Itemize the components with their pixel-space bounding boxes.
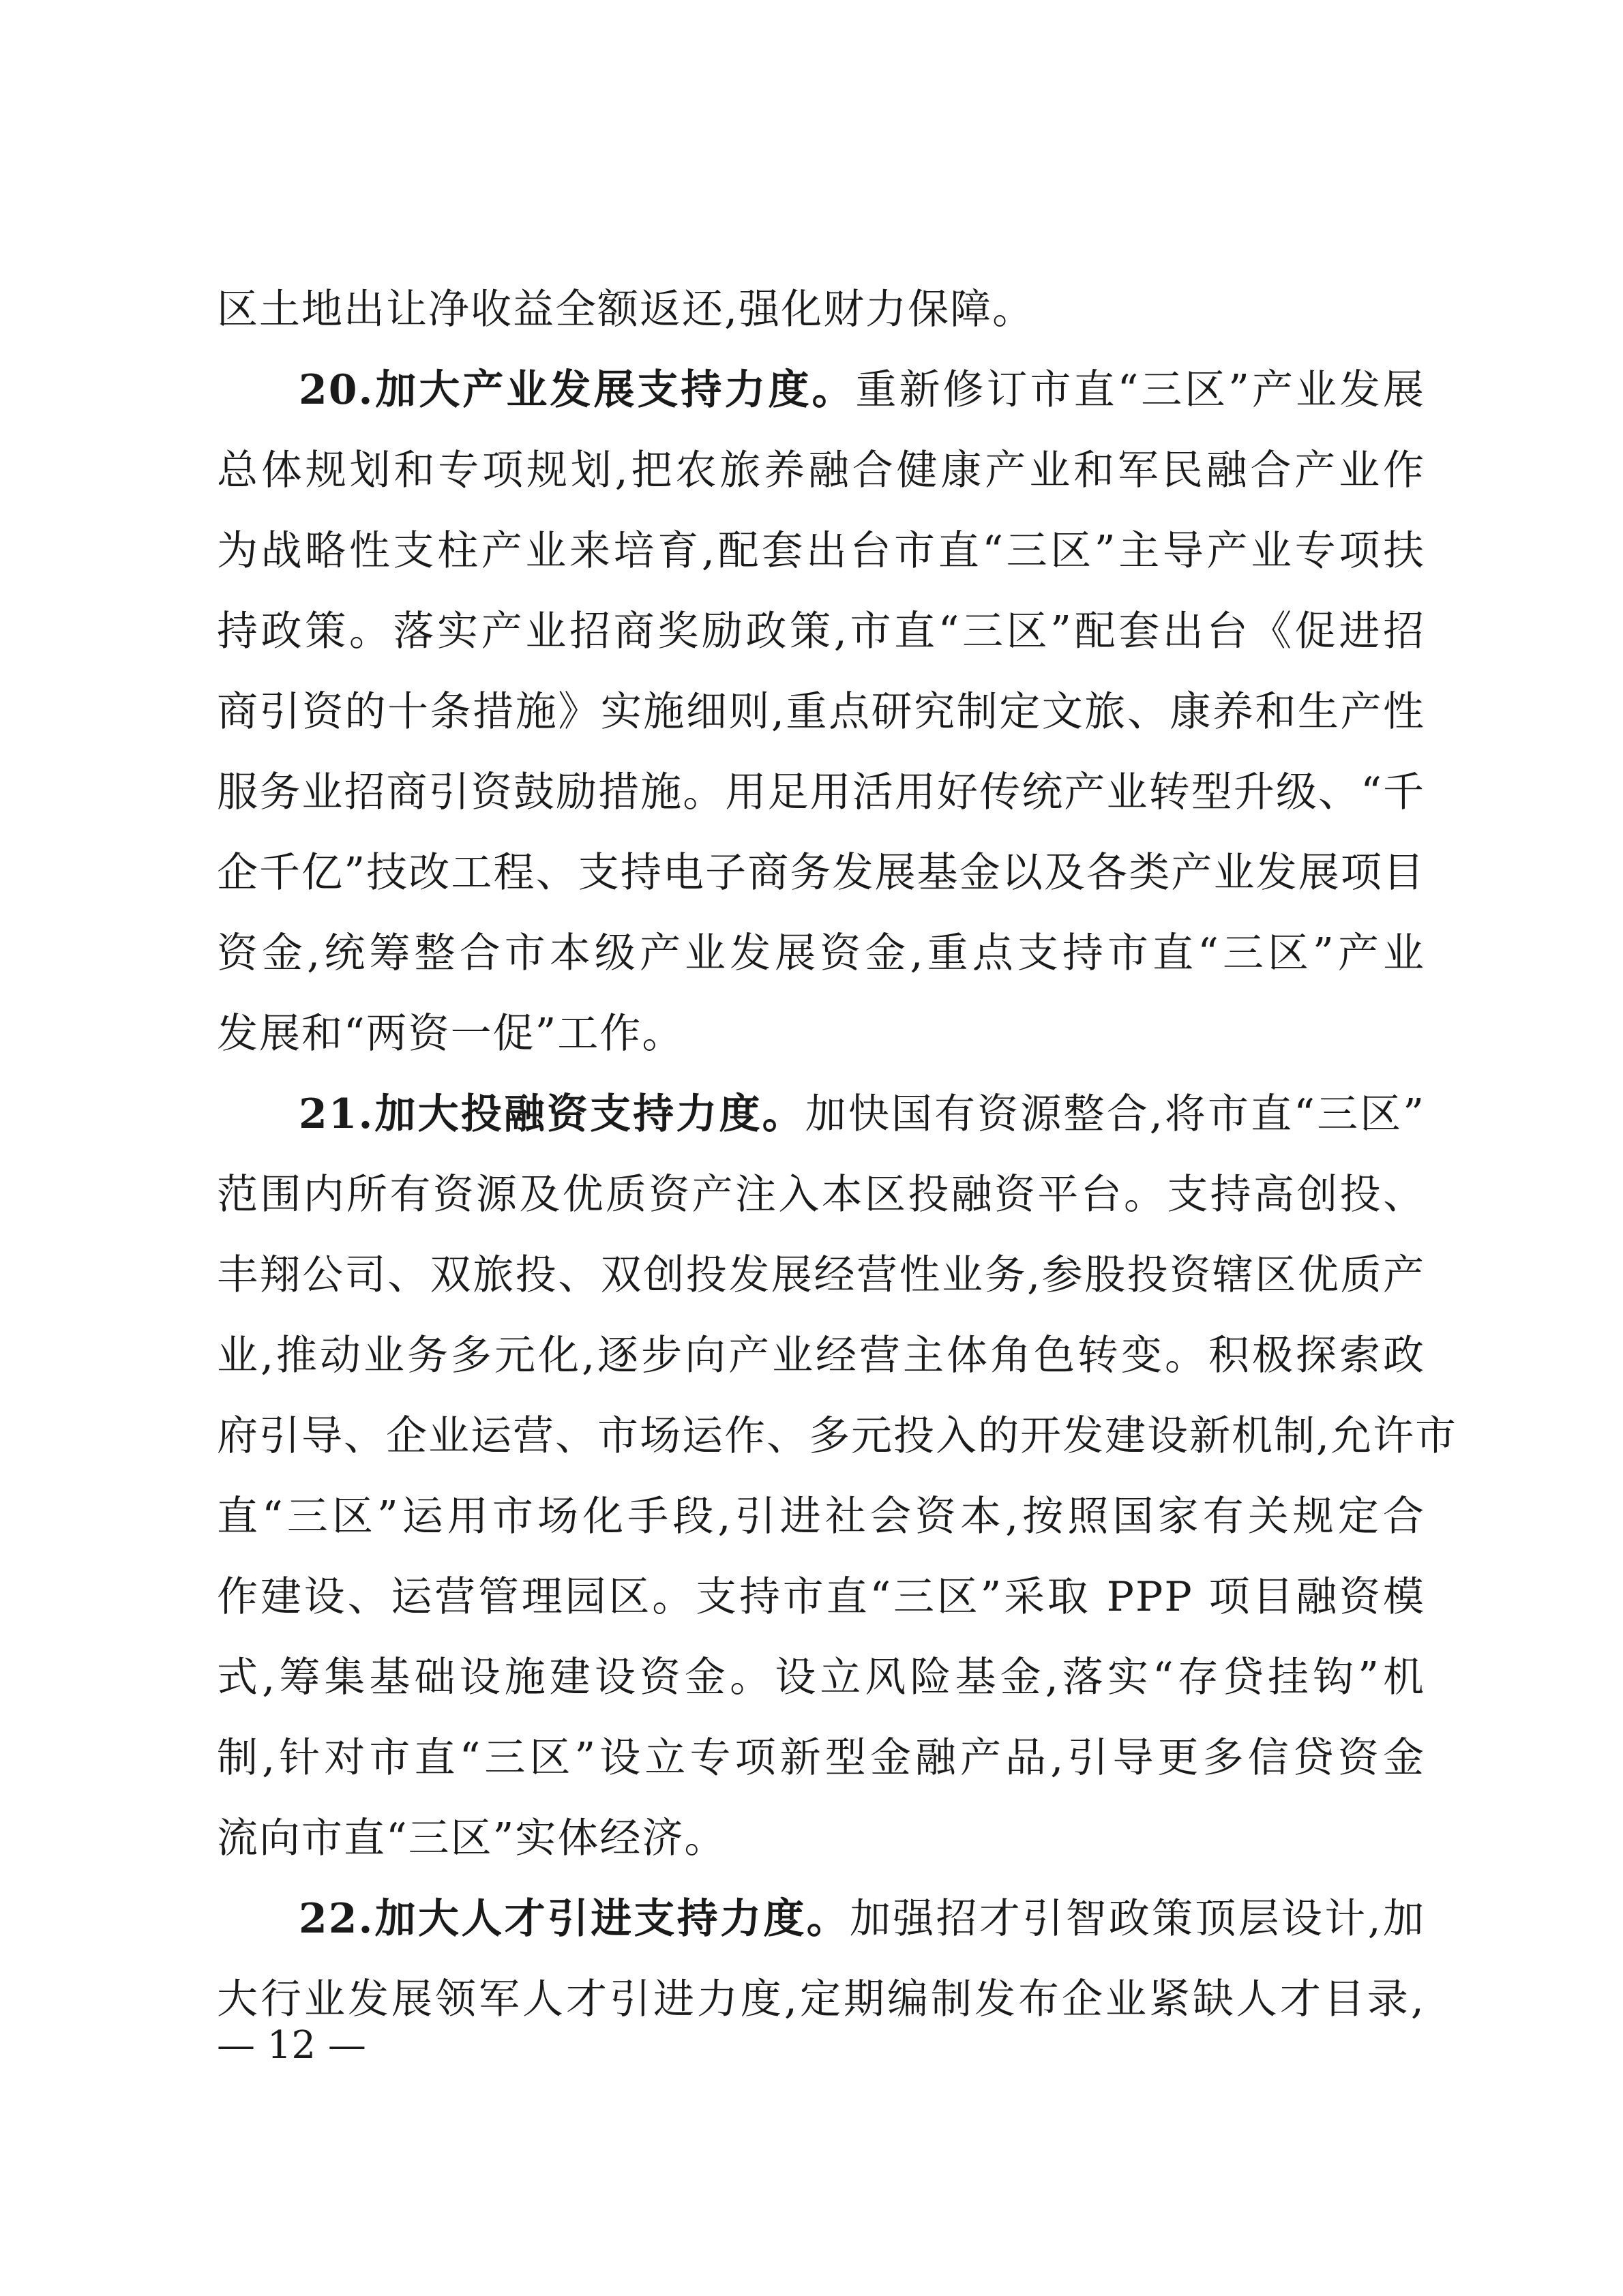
page-number: — 12 —	[217, 2012, 366, 2080]
text-line: 为战略性支柱产业来培育,配套出台市直“三区”主导产业专项扶	[217, 511, 1425, 591]
text-line: 业,推动业务多元化,逐步向产业经营主体角色转变。积极探索政	[217, 1315, 1425, 1396]
text-line: 加强招才引智政策顶层设计,加	[850, 1895, 1425, 1943]
document-page: 区土地出让净收益全额返还,强化财力保障。 20.加大产业发展支持力度。重新修订市…	[217, 269, 1425, 2040]
text-line: 式,筹集基础设施建设资金。设立风险基金,落实“存贷挂钩”机	[217, 1637, 1425, 1718]
text-line: 服务业招商引资鼓励措施。用足用活用好传统产业转型升级、“千	[217, 752, 1425, 833]
text-line: 商引资的十条措施》实施细则,重点研究制定文旅、康养和生产性	[217, 672, 1425, 752]
paragraph-20-first-line: 20.加大产业发展支持力度。重新修订市直“三区”产业发展	[217, 350, 1425, 430]
text-line: 企千亿”技改工程、支持电子商务发展基金以及各类产业发展项目	[217, 833, 1425, 913]
text-line: 丰翔公司、双旅投、双创投发展经营性业务,参股投资辖区优质产	[217, 1235, 1425, 1315]
paragraph-21-first-line: 21.加大投融资支持力度。加快国有资源整合,将市直“三区”	[217, 1074, 1425, 1154]
paragraph-heading: 20.加大产业发展支持力度。	[299, 366, 856, 414]
text-line: 发展和“两资一促”工作。	[217, 994, 1425, 1074]
paragraph-22-first-line: 22.加大人才引进支持力度。加强招才引智政策顶层设计,加	[217, 1879, 1425, 1959]
text-line: 作建设、运营管理园区。支持市直“三区”采取 PPP 项目融资模	[217, 1557, 1425, 1637]
paragraph-heading: 22.加大人才引进支持力度。	[299, 1895, 850, 1943]
text-line: 范围内所有资源及优质资产注入本区投融资平台。支持高创投、	[217, 1154, 1425, 1235]
text-line: 重新修订市直“三区”产业发展	[856, 366, 1425, 414]
text-line: 府引导、企业运营、市场运作、多元投入的开发建设新机制,允许市	[217, 1396, 1425, 1476]
text-line: 大行业发展领军人才引进力度,定期编制发布企业紧缺人才目录,	[217, 1959, 1425, 2040]
text-line: 加快国有资源整合,将市直“三区”	[805, 1090, 1425, 1138]
text-line: 区土地出让净收益全额返还,强化财力保障。	[217, 269, 1425, 350]
text-line: 制,针对市直“三区”设立专项新型金融产品,引导更多信贷资金	[217, 1718, 1425, 1798]
text-line: 流向市直“三区”实体经济。	[217, 1798, 1425, 1879]
text-line: 总体规划和专项规划,把农旅养融合健康产业和军民融合产业作	[217, 430, 1425, 511]
text-line: 资金,统筹整合市本级产业发展资金,重点支持市直“三区”产业	[217, 913, 1425, 994]
text-line: 直“三区”运用市场化手段,引进社会资本,按照国家有关规定合	[217, 1476, 1425, 1557]
text-line: 持政策。落实产业招商奖励政策,市直“三区”配套出台《促进招	[217, 591, 1425, 672]
paragraph-heading: 21.加大投融资支持力度。	[299, 1090, 805, 1138]
